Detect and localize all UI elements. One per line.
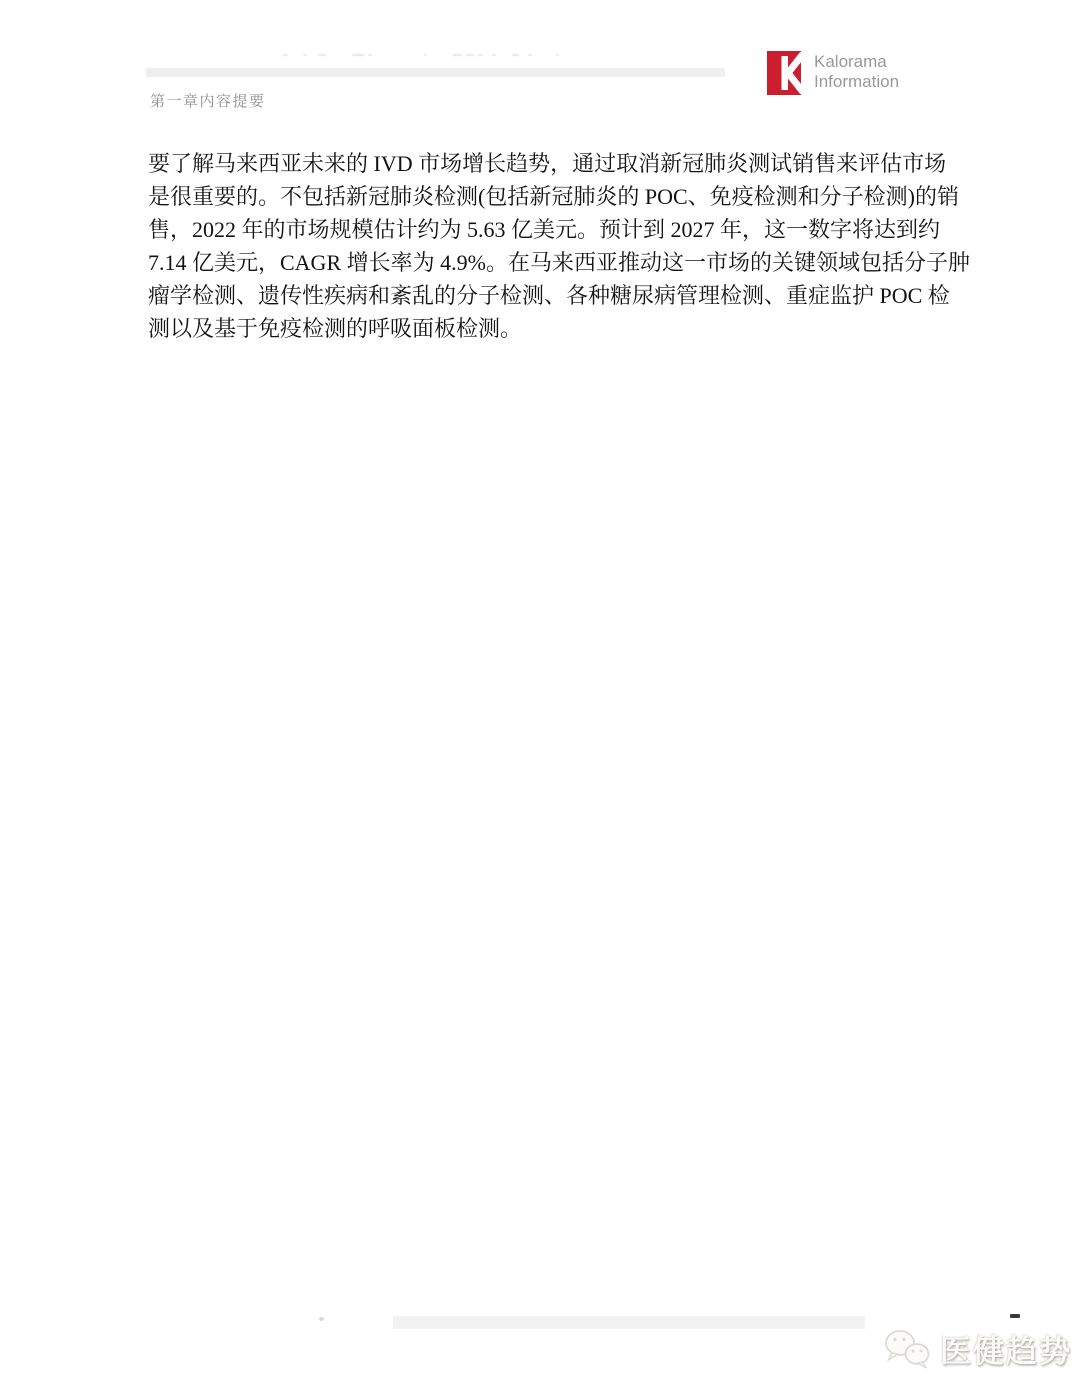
page-number-mark [1010, 1314, 1020, 1318]
footer-divider [393, 1316, 865, 1329]
logo-line-2: Information [814, 72, 899, 92]
kalorama-logo-text: Kalorama Information [814, 52, 899, 92]
section-header: 第一章内容提要 [150, 90, 266, 111]
paragraph-line: 7.14 亿美元，CAGR 增长率为 4.9%。在马来西亚推动这一市场的关键领域… [148, 246, 933, 279]
header-divider [146, 68, 725, 77]
document-page: 第一章内容提要 Kalorama Information 要了解马来西亚未来的 … [0, 0, 1080, 1396]
logo-line-1: Kalorama [814, 52, 899, 72]
paragraph-line: 测以及基于免疫检测的呼吸面板检测。 [148, 312, 933, 345]
body-paragraph: 要了解马来西亚未来的 IVD 市场增长趋势，通过取消新冠肺炎测试销售来评估市场 … [148, 147, 933, 345]
watermark-label: 医健趋势 [940, 1326, 1072, 1371]
scan-speck [319, 1317, 324, 1321]
faded-title-remnant [0, 52, 1080, 60]
wechat-icon [882, 1327, 934, 1371]
paragraph-line: 售，2022 年的市场规模估计约为 5.63 亿美元。预计到 2027 年，这一… [148, 213, 933, 246]
kalorama-k-icon [767, 51, 801, 95]
wechat-watermark: 医健趋势 [882, 1326, 1072, 1371]
paragraph-line: 瘤学检测、遗传性疾病和紊乱的分子检测、各种糖尿病管理检测、重症监护 POC 检 [148, 279, 933, 312]
paragraph-line: 要了解马来西亚未来的 IVD 市场增长趋势，通过取消新冠肺炎测试销售来评估市场 [148, 147, 933, 180]
paragraph-line: 是很重要的。不包括新冠肺炎检测(包括新冠肺炎的 POC、免疫检测和分子检测)的销 [148, 180, 933, 213]
kalorama-logo: Kalorama Information [767, 51, 899, 95]
